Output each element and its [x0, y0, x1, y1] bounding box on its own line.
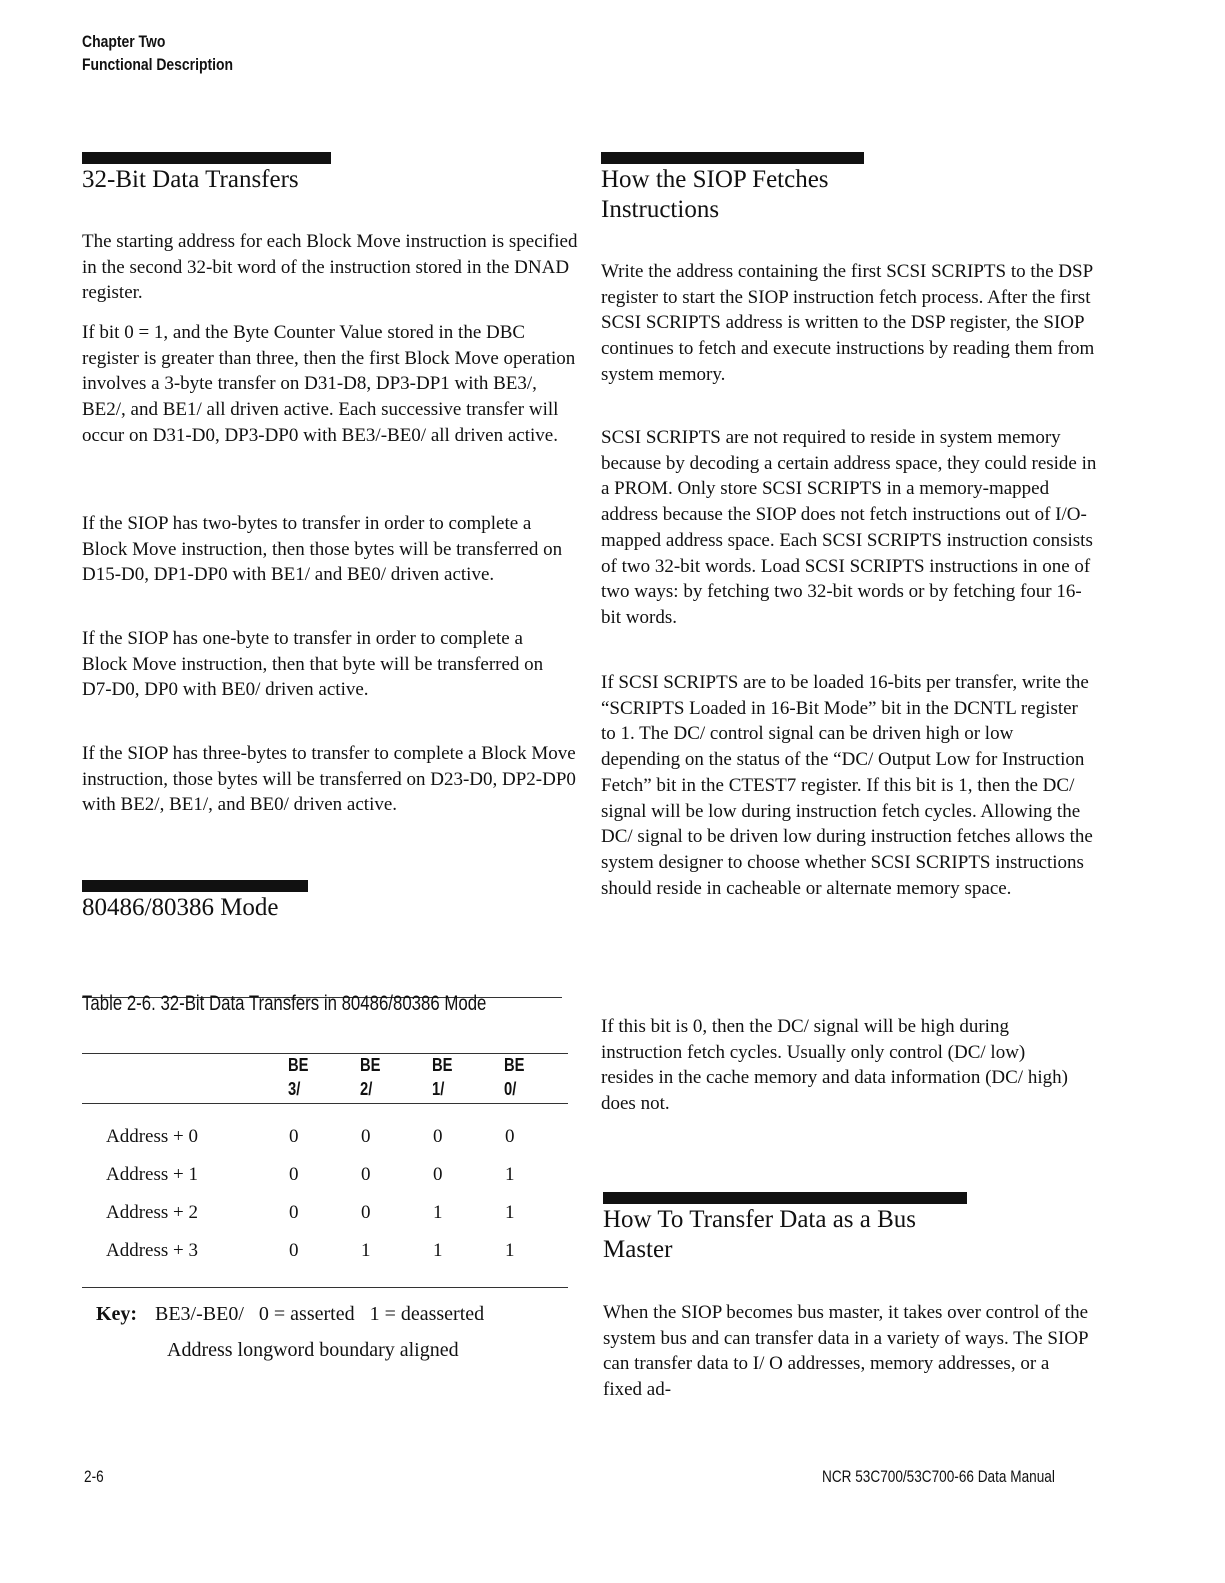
row-label: Address + 3 — [106, 1239, 198, 1263]
cell: 0 — [361, 1201, 371, 1225]
cell: 1 — [361, 1239, 371, 1263]
cell: 0 — [505, 1125, 515, 1149]
cell: 1 — [433, 1201, 443, 1225]
column-header-be3: BE 3/ — [288, 1053, 309, 1101]
paragraph: If the SIOP has two-bytes to transfer in… — [82, 511, 572, 588]
cell: 0 — [289, 1163, 299, 1187]
manual-title: NCR 53C700/53C700-66 Data Manual — [822, 1467, 1055, 1487]
section-rule-bar — [601, 152, 864, 164]
paragraph: If the SIOP has one-byte to transfer in … — [82, 626, 572, 703]
column-header-be2: BE 2/ — [360, 1053, 381, 1101]
cell: 0 — [289, 1201, 299, 1225]
cell: 0 — [289, 1125, 299, 1149]
cell: 0 — [361, 1125, 371, 1149]
table-header-rule — [82, 1053, 568, 1054]
section-heading-32bit: 32-Bit Data Transfers — [82, 164, 299, 195]
section-rule-bar — [82, 152, 331, 164]
cell: 1 — [433, 1239, 443, 1263]
section-rule-bar — [603, 1192, 967, 1204]
row-label: Address + 0 — [106, 1125, 198, 1149]
page-number: 2-6 — [84, 1467, 104, 1487]
paragraph: If SCSI SCRIPTS are to be loaded 16-bits… — [601, 670, 1096, 901]
row-label: Address + 2 — [106, 1201, 198, 1225]
table-key-text: BE3/-BE0/ 0 = asserted 1 = deasserted — [155, 1301, 484, 1327]
paragraph: SCSI SCRIPTS are not required to reside … — [601, 425, 1101, 631]
column-header-be1: BE 1/ — [432, 1053, 453, 1101]
paragraph: If this bit is 0, then the DC/ signal wi… — [601, 1014, 1081, 1117]
table-caption: Table 2-6. 32-Bit Data Transfers in 8048… — [82, 991, 486, 1017]
section-heading-busmaster-line2: Master — [603, 1234, 672, 1265]
table-key-label: Key: — [96, 1301, 137, 1327]
table-bottom-rule — [82, 1287, 568, 1288]
row-label: Address + 1 — [106, 1163, 198, 1187]
section-rule-bar — [82, 880, 308, 892]
cell: 0 — [433, 1125, 443, 1149]
paragraph: The starting address for each Block Move… — [82, 229, 582, 306]
paragraph: Write the address containing the first S… — [601, 259, 1101, 388]
cell: 0 — [289, 1239, 299, 1263]
section-heading-fetch-line2: Instructions — [601, 194, 719, 225]
column-header-be0: BE 0/ — [504, 1053, 525, 1101]
cell: 1 — [505, 1201, 515, 1225]
section-label: Functional Description — [82, 54, 233, 76]
paragraph: If bit 0 = 1, and the Byte Counter Value… — [82, 320, 582, 449]
cell: 1 — [505, 1239, 515, 1263]
chapter-label: Chapter Two — [82, 31, 165, 53]
table-body-rule — [82, 1103, 568, 1104]
table-key-note: Address longword boundary aligned — [167, 1337, 459, 1363]
cell: 0 — [433, 1163, 443, 1187]
cell: 1 — [505, 1163, 515, 1187]
section-heading-80486: 80486/80386 Mode — [82, 892, 279, 923]
section-heading-fetch-line1: How the SIOP Fetches — [601, 164, 829, 195]
paragraph: If the SIOP has three-bytes to transfer … — [82, 741, 582, 818]
paragraph: When the SIOP becomes bus master, it tak… — [603, 1300, 1093, 1403]
cell: 0 — [361, 1163, 371, 1187]
section-heading-busmaster-line1: How To Transfer Data as a Bus — [603, 1204, 916, 1235]
